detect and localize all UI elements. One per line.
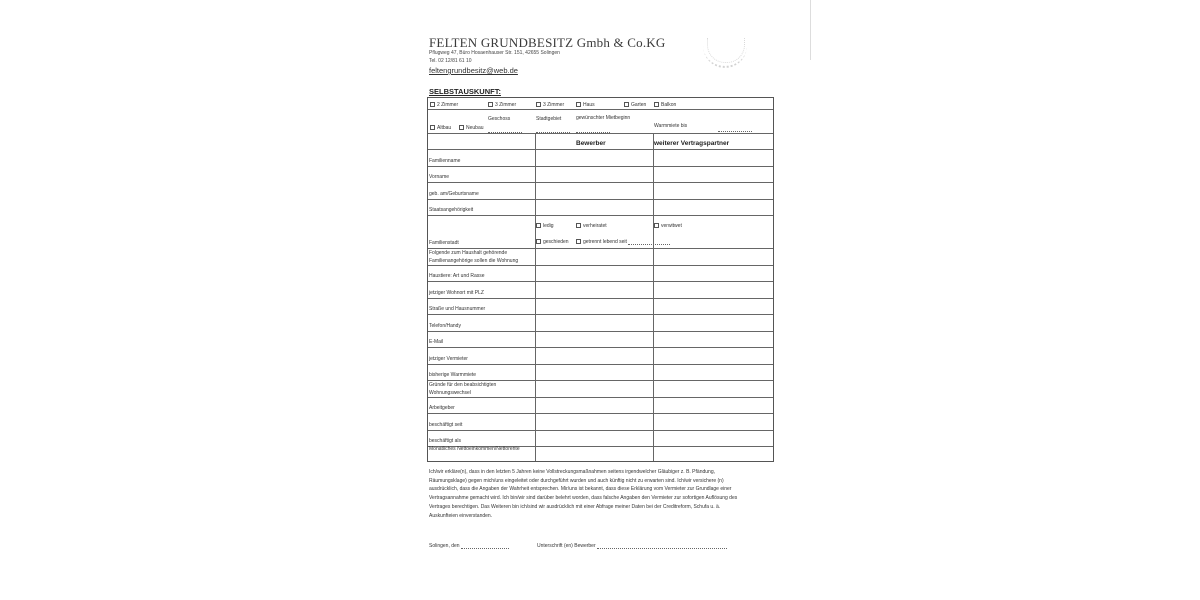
checkbox-icon[interactable] xyxy=(654,102,659,107)
row-label: bisherige Warmmiete xyxy=(429,372,476,378)
company-name: FELTEN GRUNDBESITZ Gmbh & Co.KG xyxy=(429,35,665,51)
input-cell-bewerber[interactable] xyxy=(536,183,652,198)
checkbox-icon[interactable] xyxy=(536,102,541,107)
input-cell-bewerber[interactable] xyxy=(536,200,652,215)
row-label: beschäftigt als xyxy=(429,438,461,444)
checkbox-icon[interactable] xyxy=(430,102,435,107)
input-cell-bewerber[interactable] xyxy=(536,315,652,330)
form-title: SELBSTAUSKUNFT: xyxy=(429,87,501,96)
row-label: Familienstadt xyxy=(429,240,459,246)
input-cell-bewerber xyxy=(536,216,652,247)
input-cell-bewerber[interactable] xyxy=(536,249,652,264)
option-haus[interactable]: Haus xyxy=(576,102,595,108)
input-cell-partner[interactable] xyxy=(654,266,772,281)
input-cell-partner[interactable] xyxy=(654,200,772,215)
row-label: Haustiere: Art und Rasse xyxy=(429,273,485,279)
row-label: Staatsangehörigkeit xyxy=(429,207,473,213)
input-cell-partner[interactable] xyxy=(654,282,772,297)
option-neubau[interactable]: Neubau xyxy=(459,125,484,131)
row-label: beschäftigt seit xyxy=(429,422,462,428)
document-page: FELTEN GRUNDBESITZ Gmbh & Co.KG Pflugweg… xyxy=(0,0,1200,600)
checkbox-icon[interactable] xyxy=(459,125,464,130)
checkbox-icon[interactable] xyxy=(576,102,581,107)
company-phone: Tel. 02 12/81 61 10 xyxy=(429,58,472,64)
checkbox-icon[interactable] xyxy=(488,102,493,107)
column-bewerber: Bewerber xyxy=(576,140,606,147)
input-cell-partner[interactable] xyxy=(654,447,772,460)
row-label: Monatliches Nettoeinkommen/Nettorente xyxy=(429,445,533,453)
input-cell-partner[interactable] xyxy=(654,365,772,380)
label-stadtgebiet: Stadtgebiet xyxy=(536,116,561,122)
input-cell-partner[interactable] xyxy=(654,150,772,165)
option-3-zimmer-b[interactable]: 3 Zimmer xyxy=(536,102,564,108)
checkbox-icon[interactable] xyxy=(430,125,435,130)
row-label: Vorname xyxy=(429,174,449,180)
row-label: Straße und Hausnummer xyxy=(429,306,485,312)
row-label: Folgende zum Haushalt gehörende Familien… xyxy=(429,249,533,265)
input-cell-bewerber[interactable] xyxy=(536,447,652,460)
place-date-field[interactable]: Solingen, den xyxy=(429,543,509,549)
option-2-zimmer[interactable]: 2 Zimmer xyxy=(430,102,458,108)
input-cell-bewerber[interactable] xyxy=(536,282,652,297)
input-cell-partner[interactable] xyxy=(654,414,772,429)
input-cell-partner xyxy=(654,216,772,247)
input-cell-bewerber[interactable] xyxy=(536,167,652,182)
option-3-zimmer-a[interactable]: 3 Zimmer xyxy=(488,102,516,108)
self-disclosure-form: 2 Zimmer 3 Zimmer 3 Zimmer Haus Garten B… xyxy=(427,97,774,462)
input-cell-bewerber[interactable] xyxy=(536,431,652,446)
input-cell-bewerber[interactable] xyxy=(536,398,652,413)
checkbox-icon[interactable] xyxy=(624,102,629,107)
row-label: E-Mail xyxy=(429,339,443,345)
input-cell-partner[interactable] xyxy=(654,398,772,413)
signature-field[interactable]: Unterschrift (en) Bewerber xyxy=(537,543,727,549)
input-cell-bewerber[interactable] xyxy=(536,414,652,429)
label-geschoss: Geschoss xyxy=(488,116,510,122)
input-cell-partner[interactable] xyxy=(654,167,772,182)
input-cell-partner[interactable] xyxy=(654,348,772,363)
input-cell-partner[interactable] xyxy=(654,381,772,396)
scan-margin-mark xyxy=(810,0,811,60)
row-label: geb. am/Geburtsname xyxy=(429,191,479,197)
input-cell-partner[interactable] xyxy=(654,332,772,347)
input-cell-bewerber[interactable] xyxy=(536,299,652,314)
row-label: Gründe für den beabsichtigten Wohnungswe… xyxy=(429,381,533,397)
row-label: Telefon/Handy xyxy=(429,323,461,329)
column-partner: weiterer Vertragspartner xyxy=(654,140,729,147)
declaration-text: Ich/wir erkläre(n), dass in den letzten … xyxy=(429,468,739,520)
input-cell-bewerber[interactable] xyxy=(536,332,652,347)
seal-stamp-icon xyxy=(703,36,747,68)
label-mietbeginn: gewünschter Mietbeginn xyxy=(576,115,630,121)
input-cell-partner[interactable] xyxy=(654,183,772,198)
row-label: Arbeitgeber xyxy=(429,405,455,411)
input-cell-bewerber[interactable] xyxy=(536,381,652,396)
warmmiete-field[interactable] xyxy=(718,126,752,132)
input-cell-bewerber[interactable] xyxy=(536,266,652,281)
row-label: jetziger Wohnort mit PLZ xyxy=(429,290,484,296)
input-cell-bewerber[interactable] xyxy=(536,365,652,380)
row-label: jetziger Vermieter xyxy=(429,356,468,362)
input-cell-partner[interactable] xyxy=(654,431,772,446)
company-address: Pflugweg 47, Büro Hosaenhauser Str. 151,… xyxy=(429,50,560,56)
input-cell-bewerber[interactable] xyxy=(536,150,652,165)
input-cell-partner[interactable] xyxy=(654,315,772,330)
input-cell-partner[interactable] xyxy=(654,299,772,314)
label-warmmiete: Warmmiete bis xyxy=(654,123,687,129)
input-cell-partner[interactable] xyxy=(654,249,772,264)
row-label: Familienname xyxy=(429,158,460,164)
option-garten[interactable]: Garten xyxy=(624,102,646,108)
option-balkon[interactable]: Balkon xyxy=(654,102,676,108)
input-cell-bewerber[interactable] xyxy=(536,348,652,363)
option-altbau[interactable]: Altbau xyxy=(430,125,451,131)
company-email-link[interactable]: feltengrundbesitz@web.de xyxy=(429,66,518,75)
